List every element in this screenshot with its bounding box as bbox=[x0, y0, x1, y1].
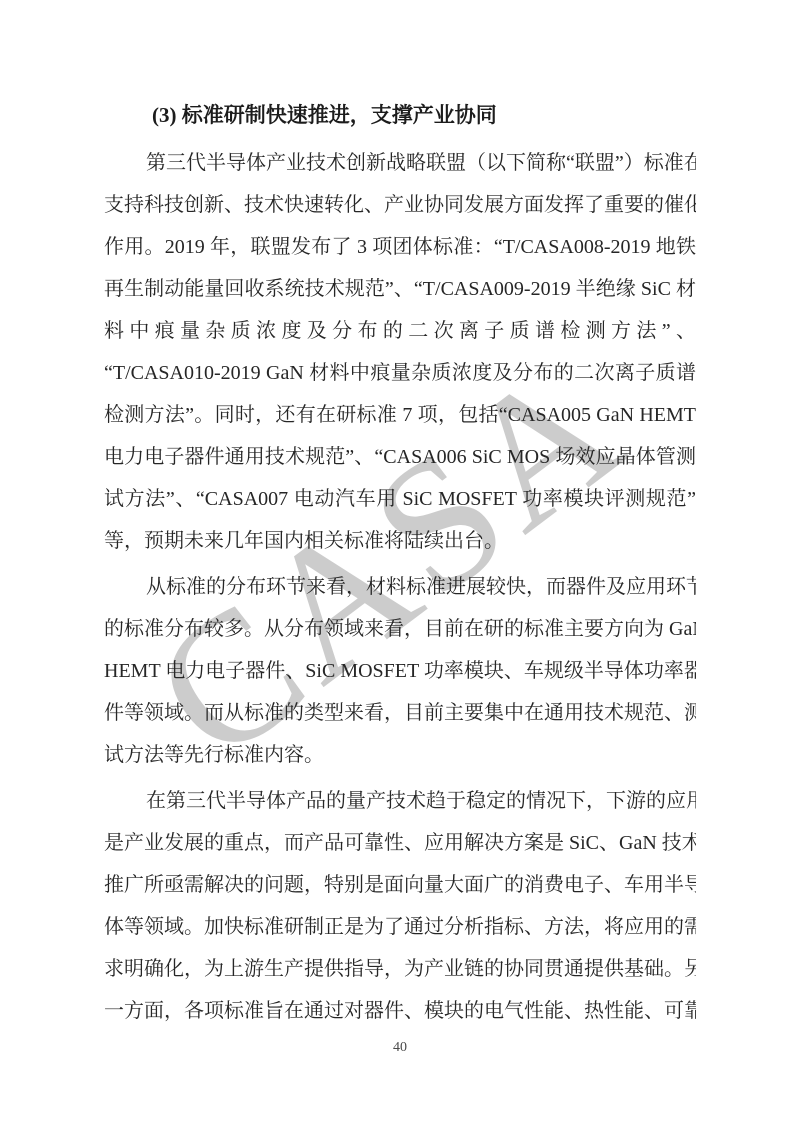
text-line: 电力电子器件通用技术规范”、“CASA006 SiC MOS 场效应晶体管测 bbox=[104, 436, 696, 478]
text-line: 从标准的分布环节来看，材料标准进展较快，而器件及应用环节 bbox=[104, 566, 696, 608]
text-line: 试方法等先行标准内容。 bbox=[104, 734, 696, 776]
text-line: “T/CASA010-2019 GaN 材料中痕量杂质浓度及分布的二次离子质谱 bbox=[104, 352, 696, 394]
text-line: 第三代半导体产业技术创新战略联盟（以下简称“联盟”）标准在 bbox=[104, 142, 696, 184]
text-line: 支持科技创新、技术快速转化、产业协同发展方面发挥了重要的催化 bbox=[104, 184, 696, 226]
document-page: CASA (3) 标准研制快速推进，支撑产业协同 第三代半导体产业技术创新战略联… bbox=[0, 0, 800, 1131]
text-line: 是产业发展的重点，而产品可靠性、应用解决方案是 SiC、GaN 技术 bbox=[104, 822, 696, 864]
text-line: 等，预期未来几年国内相关标准将陆续出台。 bbox=[104, 520, 696, 562]
paragraph: 第三代半导体产业技术创新战略联盟（以下简称“联盟”）标准在支持科技创新、技术快速… bbox=[104, 142, 696, 562]
text-line: 再生制动能量回收系统技术规范”、“T/CASA009-2019 半绝缘 SiC … bbox=[104, 268, 696, 310]
paragraph: 在第三代半导体产品的量产技术趋于稳定的情况下，下游的应用是产业发展的重点，而产品… bbox=[104, 780, 696, 1032]
text-line: 推广所亟需解决的问题，特别是面向量大面广的消费电子、车用半导 bbox=[104, 864, 696, 906]
text-line: 件等领域。而从标准的类型来看，目前主要集中在通用技术规范、测 bbox=[104, 692, 696, 734]
page-number: 40 bbox=[0, 1040, 800, 1056]
text-line: 作用。2019 年，联盟发布了 3 项团体标准：“T/CASA008-2019 … bbox=[104, 226, 696, 268]
text-line: 求明确化，为上游生产提供指导，为产业链的协同贯通提供基础。另 bbox=[104, 948, 696, 990]
text-line: 一方面，各项标准旨在通过对器件、模块的电气性能、热性能、可靠 bbox=[104, 990, 696, 1032]
text-line: HEMT 电力电子器件、SiC MOSFET 功率模块、车规级半导体功率器 bbox=[104, 650, 696, 692]
text-line: 体等领域。加快标准研制正是为了通过分析指标、方法，将应用的需 bbox=[104, 906, 696, 948]
page-content: (3) 标准研制快速推进，支撑产业协同 第三代半导体产业技术创新战略联盟（以下简… bbox=[104, 100, 696, 1032]
text-line: 在第三代半导体产品的量产技术趋于稳定的情况下，下游的应用 bbox=[104, 780, 696, 822]
body-text: 第三代半导体产业技术创新战略联盟（以下简称“联盟”）标准在支持科技创新、技术快速… bbox=[104, 142, 696, 1032]
text-line: 检测方法”。同时，还有在研标准 7 项，包括“CASA005 GaN HEMT bbox=[104, 394, 696, 436]
text-line: 的标准分布较多。从分布领域来看，目前在研的标准主要方向为 GaN bbox=[104, 608, 696, 650]
section-heading: (3) 标准研制快速推进，支撑产业协同 bbox=[104, 100, 696, 130]
text-line: 试方法”、“CASA007 电动汽车用 SiC MOSFET 功率模块评测规范” bbox=[104, 478, 696, 520]
paragraph: 从标准的分布环节来看，材料标准进展较快，而器件及应用环节的标准分布较多。从分布领… bbox=[104, 566, 696, 776]
text-line: 料中痕量杂质浓度及分布的二次离子质谱检测方法”、 bbox=[104, 310, 696, 352]
